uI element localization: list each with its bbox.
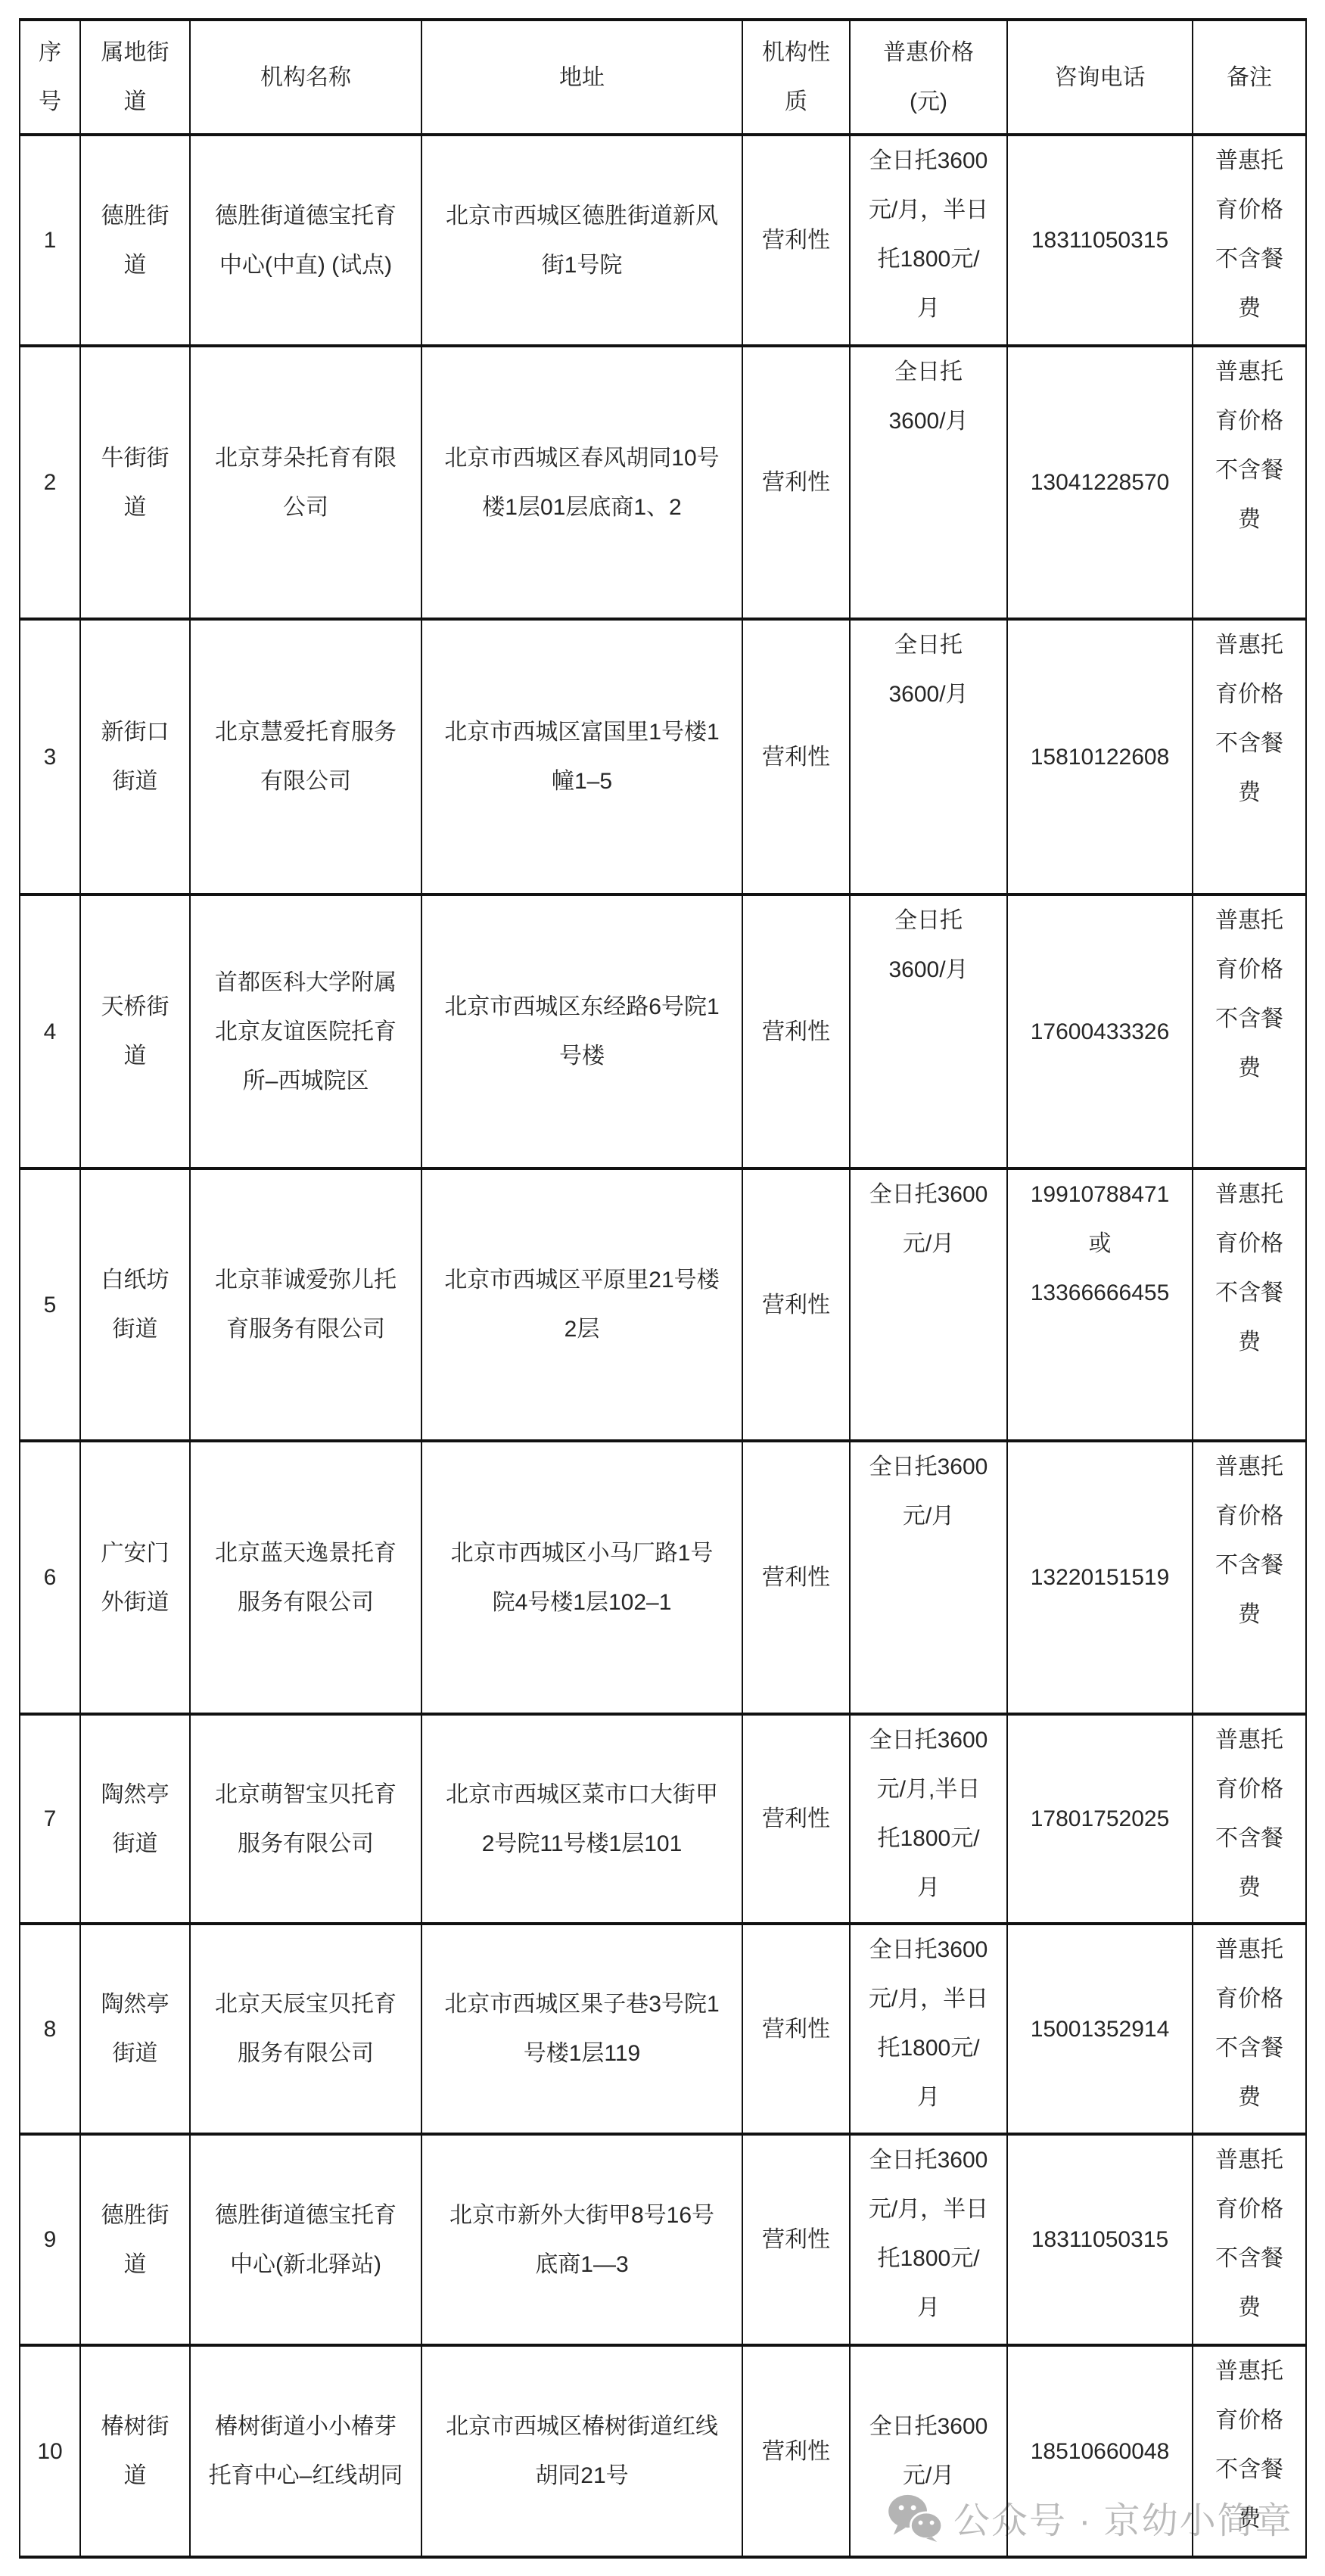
cell-nature: 营利性 <box>742 619 850 894</box>
cell-price: 全日托3600元/月，半日托1800元/月 <box>850 1924 1007 2134</box>
cell-price: 全日托3600元/月 <box>850 2345 1007 2557</box>
cell-addr: 北京市新外大街甲8号16号底商1—3 <box>421 2134 742 2345</box>
cell-phone: 19910788471或13366666455 <box>1007 1168 1193 1441</box>
cell-remark: 普惠托育价格不含餐费 <box>1193 2134 1306 2345</box>
cell-num: 9 <box>20 2134 80 2345</box>
cell-remark: 普惠托育价格不含餐费 <box>1193 619 1306 894</box>
cell-nature: 营利性 <box>742 894 850 1168</box>
cell-num: 1 <box>20 135 80 346</box>
cell-street: 德胜街道 <box>80 2134 190 2345</box>
header-cell-num: 序号 <box>20 20 80 135</box>
cell-name: 北京芽朵托育有限公司 <box>190 346 421 619</box>
cell-price: 全日托3600元/月 <box>850 1441 1007 1714</box>
cell-num: 5 <box>20 1168 80 1441</box>
header-cell-phone: 咨询电话 <box>1007 20 1193 135</box>
cell-addr: 北京市西城区富国里1号楼1幢1–5 <box>421 619 742 894</box>
table-row: 2牛街街道北京芽朵托育有限公司北京市西城区春风胡同10号楼1层01层底商1、2营… <box>20 346 1306 619</box>
cell-nature: 营利性 <box>742 2134 850 2345</box>
header-cell-addr: 地址 <box>421 20 742 135</box>
cell-remark: 普惠托育价格不含餐费 <box>1193 1168 1306 1441</box>
table-row: 7陶然亭街道北京萌智宝贝托育服务有限公司北京市西城区菜市口大街甲2号院11号楼1… <box>20 1714 1306 1924</box>
cell-name: 椿树街道小小椿芽托育中心–红线胡同 <box>190 2345 421 2557</box>
cell-phone: 17801752025 <box>1007 1714 1193 1924</box>
cell-phone: 18311050315 <box>1007 135 1193 346</box>
cell-street: 椿树街道 <box>80 2345 190 2557</box>
cell-name: 德胜街道德宝托育中心(中直) (试点) <box>190 135 421 346</box>
cell-num: 4 <box>20 894 80 1168</box>
cell-street: 新街口街道 <box>80 619 190 894</box>
cell-addr: 北京市西城区椿树街道红线胡同21号 <box>421 2345 742 2557</box>
cell-name: 北京慧爱托育服务有限公司 <box>190 619 421 894</box>
header-cell-remark: 备注 <box>1193 20 1306 135</box>
table-row: 5白纸坊街道北京菲诚爱弥儿托育服务有限公司北京市西城区平原里21号楼2层营利性全… <box>20 1168 1306 1441</box>
cell-num: 10 <box>20 2345 80 2557</box>
childcare-table: 序号属地街道机构名称地址机构性质普惠价格(元)咨询电话备注 1德胜街道德胜街道德… <box>19 18 1307 2559</box>
table-row: 1德胜街道德胜街道德宝托育中心(中直) (试点)北京市西城区德胜街道新风街1号院… <box>20 135 1306 346</box>
cell-street: 牛街街道 <box>80 346 190 619</box>
cell-num: 3 <box>20 619 80 894</box>
cell-num: 7 <box>20 1714 80 1924</box>
cell-name: 北京萌智宝贝托育服务有限公司 <box>190 1714 421 1924</box>
cell-price: 全日托3600元/月,半日托1800元/月 <box>850 1714 1007 1924</box>
cell-remark: 普惠托育价格不含餐费 <box>1193 1924 1306 2134</box>
cell-phone: 18311050315 <box>1007 2134 1193 2345</box>
cell-name: 北京菲诚爱弥儿托育服务有限公司 <box>190 1168 421 1441</box>
cell-remark: 普惠托育价格不含餐费 <box>1193 1441 1306 1714</box>
table-row: 4天桥街道首都医科大学附属北京友谊医院托育所–西城院区北京市西城区东经路6号院1… <box>20 894 1306 1168</box>
cell-num: 6 <box>20 1441 80 1714</box>
cell-street: 陶然亭街道 <box>80 1924 190 2134</box>
cell-addr: 北京市西城区果子巷3号院1号楼1层119 <box>421 1924 742 2134</box>
header-cell-street: 属地街道 <box>80 20 190 135</box>
cell-price: 全日托3600元/月 <box>850 1168 1007 1441</box>
cell-street: 天桥街道 <box>80 894 190 1168</box>
table-row: 9德胜街道德胜街道德宝托育中心(新北驿站)北京市新外大街甲8号16号底商1—3营… <box>20 2134 1306 2345</box>
table-body: 1德胜街道德胜街道德宝托育中心(中直) (试点)北京市西城区德胜街道新风街1号院… <box>20 135 1306 2557</box>
cell-nature: 营利性 <box>742 1924 850 2134</box>
cell-price: 全日托3600/月 <box>850 894 1007 1168</box>
cell-nature: 营利性 <box>742 1441 850 1714</box>
cell-price: 全日托3600/月 <box>850 619 1007 894</box>
cell-addr: 北京市西城区德胜街道新风街1号院 <box>421 135 742 346</box>
cell-street: 广安门外街道 <box>80 1441 190 1714</box>
table-row: 10椿树街道椿树街道小小椿芽托育中心–红线胡同北京市西城区椿树街道红线胡同21号… <box>20 2345 1306 2557</box>
cell-num: 2 <box>20 346 80 619</box>
cell-street: 白纸坊街道 <box>80 1168 190 1441</box>
cell-phone: 17600433326 <box>1007 894 1193 1168</box>
header-row: 序号属地街道机构名称地址机构性质普惠价格(元)咨询电话备注 <box>20 20 1306 135</box>
cell-nature: 营利性 <box>742 2345 850 2557</box>
cell-price: 全日托3600元/月，半日托1800元/月 <box>850 2134 1007 2345</box>
cell-remark: 普惠托育价格不含餐费 <box>1193 1714 1306 1924</box>
cell-phone: 13041228570 <box>1007 346 1193 619</box>
cell-phone: 15810122608 <box>1007 619 1193 894</box>
table-row: 8陶然亭街道北京天辰宝贝托育服务有限公司北京市西城区果子巷3号院1号楼1层119… <box>20 1924 1306 2134</box>
cell-nature: 营利性 <box>742 135 850 346</box>
cell-remark: 普惠托育价格不含餐费 <box>1193 894 1306 1168</box>
cell-street: 陶然亭街道 <box>80 1714 190 1924</box>
cell-nature: 营利性 <box>742 1714 850 1924</box>
cell-remark: 普惠托育价格不含餐费 <box>1193 2345 1306 2557</box>
cell-addr: 北京市西城区春风胡同10号楼1层01层底商1、2 <box>421 346 742 619</box>
cell-price: 全日托3600/月 <box>850 346 1007 619</box>
cell-name: 北京天辰宝贝托育服务有限公司 <box>190 1924 421 2134</box>
cell-name: 北京蓝天逸景托育服务有限公司 <box>190 1441 421 1714</box>
table-row: 6广安门外街道北京蓝天逸景托育服务有限公司北京市西城区小马厂路1号院4号楼1层1… <box>20 1441 1306 1714</box>
cell-name: 首都医科大学附属北京友谊医院托育所–西城院区 <box>190 894 421 1168</box>
table-header: 序号属地街道机构名称地址机构性质普惠价格(元)咨询电话备注 <box>20 20 1306 135</box>
table-row: 3新街口街道北京慧爱托育服务有限公司北京市西城区富国里1号楼1幢1–5营利性全日… <box>20 619 1306 894</box>
cell-phone: 18510660048 <box>1007 2345 1193 2557</box>
cell-remark: 普惠托育价格不含餐费 <box>1193 346 1306 619</box>
cell-remark: 普惠托育价格不含餐费 <box>1193 135 1306 346</box>
cell-num: 8 <box>20 1924 80 2134</box>
header-cell-nature: 机构性质 <box>742 20 850 135</box>
cell-nature: 营利性 <box>742 346 850 619</box>
cell-phone: 15001352914 <box>1007 1924 1193 2134</box>
cell-addr: 北京市西城区菜市口大街甲2号院11号楼1层101 <box>421 1714 742 1924</box>
document-page: 公众号 · 京幼小简章 序号属地街道机构名称地址机构性质普惠价格(元)咨询电话备… <box>0 0 1325 2576</box>
header-cell-name: 机构名称 <box>190 20 421 135</box>
cell-addr: 北京市西城区平原里21号楼2层 <box>421 1168 742 1441</box>
cell-name: 德胜街道德宝托育中心(新北驿站) <box>190 2134 421 2345</box>
cell-addr: 北京市西城区小马厂路1号院4号楼1层102–1 <box>421 1441 742 1714</box>
cell-phone: 13220151519 <box>1007 1441 1193 1714</box>
header-cell-price: 普惠价格(元) <box>850 20 1007 135</box>
cell-addr: 北京市西城区东经路6号院1号楼 <box>421 894 742 1168</box>
cell-nature: 营利性 <box>742 1168 850 1441</box>
cell-price: 全日托3600元/月，半日托1800元/月 <box>850 135 1007 346</box>
cell-street: 德胜街道 <box>80 135 190 346</box>
